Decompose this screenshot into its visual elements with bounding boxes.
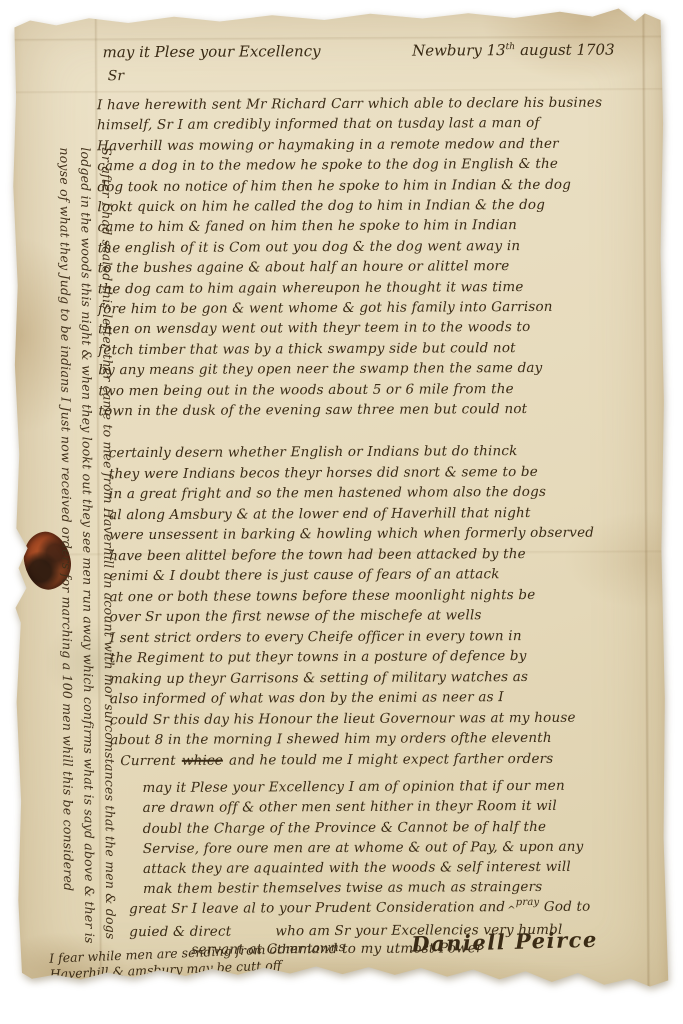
body-paragraph-2: certainly desern whether English or Indi…	[109, 440, 651, 750]
dateline-month-year: august 1703	[520, 41, 615, 59]
letter-paper-wrap: may it Plese your Excellency Newbury 13t…	[0, 0, 683, 1024]
salutation: Sr	[108, 68, 124, 84]
line-text-before: Current	[120, 753, 176, 769]
photo-background: may it Plese your Excellency Newbury 13t…	[0, 0, 683, 1024]
closing-line-1-text: great Sr I leave al to your Prudent Cons…	[129, 899, 505, 917]
margin-note: Sr after I had sealed this letter ther c…	[54, 147, 121, 953]
line-text-after: and he tould me I might expect farther o…	[229, 751, 554, 769]
dateline-ordinal-suffix: th	[506, 42, 515, 52]
dateline-place-day: Newbury 13	[412, 41, 506, 59]
body-paragraph-1: I have herewith sent Mr Richard Carr whi…	[97, 92, 645, 421]
heading-row: may it Plese your Excellency Newbury 13t…	[103, 41, 615, 62]
body-paragraph-3: may it Plese your Excellency I am of opi…	[142, 775, 651, 899]
closing-line-1-end: God to	[544, 899, 591, 915]
letter-paper: may it Plese your Excellency Newbury 13t…	[10, 4, 669, 999]
salutation-heading: may it Plese your Excellency	[103, 42, 321, 61]
struck-word: whice	[182, 753, 223, 769]
signature: Daniell Peirce	[411, 927, 598, 957]
dateline: Newbury 13thaugust 1703	[412, 41, 615, 60]
body-line-with-strikethrough: Currentwhiceand he tould me I might expe…	[120, 751, 553, 769]
letter-content: may it Plese your Excellency Newbury 13t…	[10, 4, 669, 999]
closing-line-1: great Sr I leave al to your Prudent Cons…	[129, 893, 651, 922]
closing-line-2-left: guied & direct	[129, 923, 231, 940]
inserted-word: pray	[516, 897, 540, 908]
insertion-caret: ^	[507, 905, 516, 916]
